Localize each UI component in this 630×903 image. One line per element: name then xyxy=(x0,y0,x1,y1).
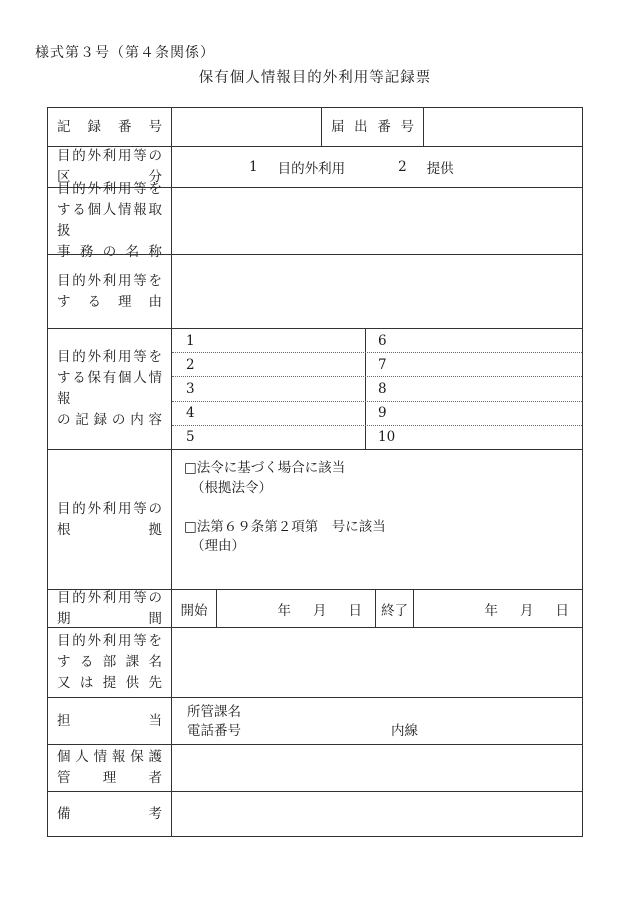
content-item-4: 4 xyxy=(172,402,365,425)
row-department: 目的外利用等を する部課名 又は提供先 xyxy=(48,627,582,697)
basis-option1-note: （根拠法令） xyxy=(184,479,582,499)
row-reason: 目的外利用等を する理由 xyxy=(48,254,582,328)
year-unit: 年 xyxy=(278,599,292,619)
category-option2-number: 2 xyxy=(398,159,407,175)
period-label: 目的外利用等の 期間 xyxy=(48,590,171,627)
manager-value xyxy=(171,745,582,791)
record-content-label: 目的外利用等を する保有個人情報 の記録の内容 xyxy=(48,329,171,449)
basis-option2-note: （理由） xyxy=(184,537,582,557)
row-business-name: 目的外利用等を する個人情報取扱 事務の名称 xyxy=(48,187,582,254)
period-end-date: 年 月 日 xyxy=(413,590,582,627)
month-unit: 月 xyxy=(313,599,327,619)
spacer xyxy=(184,498,582,518)
reason-value xyxy=(171,255,582,328)
record-content-grid: 1 6 2 7 3 8 4 9 5 10 xyxy=(171,329,582,449)
content-item-7: 7 xyxy=(365,353,582,376)
content-subrow: 2 7 xyxy=(172,353,582,377)
content-subrow: 1 6 xyxy=(172,329,582,353)
record-number-value xyxy=(171,108,321,146)
content-item-3: 3 xyxy=(172,377,365,400)
business-name-value xyxy=(171,188,582,254)
checkbox-icon[interactable]: □ xyxy=(184,459,197,479)
row-record-number: 記録番号 届出番号 xyxy=(48,108,582,146)
content-item-6: 6 xyxy=(365,329,582,352)
remarks-value xyxy=(171,792,582,836)
year-unit: 年 xyxy=(485,599,499,619)
staff-extension-label: 内線 xyxy=(391,722,418,741)
content-subrow: 4 9 xyxy=(172,402,582,426)
day-unit: 日 xyxy=(349,599,363,619)
reason-label: 目的外利用等を する理由 xyxy=(48,255,171,328)
record-number-label: 記録番号 xyxy=(48,108,171,146)
staff-label: 担当 xyxy=(48,698,171,744)
basis-label: 目的外利用等の 根拠 xyxy=(48,450,171,589)
row-staff: 担当 所管課名 電話番号 内線 xyxy=(48,697,582,744)
category-option1-text: 目的外利用 xyxy=(278,157,346,177)
content-subrow: 3 8 xyxy=(172,377,582,401)
period-start-label: 開始 xyxy=(171,590,216,627)
row-remarks: 備考 xyxy=(48,791,582,836)
category-option2-text: 提供 xyxy=(427,157,454,177)
row-period: 目的外利用等の 期間 開始 年 月 日 終了 年 月 日 xyxy=(48,589,582,627)
notification-number-value xyxy=(423,108,582,146)
row-basis: 目的外利用等の 根拠 □ 法令に基づく場合に該当 （根拠法令） □ 法第６９条第… xyxy=(48,449,582,589)
day-unit: 日 xyxy=(556,599,570,619)
content-item-5: 5 xyxy=(172,426,365,449)
form-number: 様式第３号（第４条関係） xyxy=(35,42,215,62)
period-start-date: 年 月 日 xyxy=(216,590,375,627)
basis-option2-text: 法第６９条第２項第 号に該当 xyxy=(197,518,386,538)
content-item-1: 1 xyxy=(172,329,365,352)
content-item-10: 10 xyxy=(365,426,582,449)
staff-content: 所管課名 電話番号 内線 xyxy=(171,698,582,744)
content-subrow: 5 10 xyxy=(172,426,582,449)
basis-option1-text: 法令に基づく場合に該当 xyxy=(197,459,346,479)
page-title: 保有個人情報目的外利用等記録票 xyxy=(0,66,630,87)
remarks-label: 備考 xyxy=(48,792,171,836)
content-item-8: 8 xyxy=(365,377,582,400)
manager-label: 個人情報保護 管理者 xyxy=(48,745,171,791)
record-table: 記録番号 届出番号 目的外利用等の 区分 1 目的外利用 2 提供 目的外利用等… xyxy=(47,107,583,837)
department-value xyxy=(171,628,582,697)
content-item-2: 2 xyxy=(172,353,365,376)
staff-phone-label: 電話番号 xyxy=(187,722,241,741)
staff-section-label: 所管課名 xyxy=(187,703,582,722)
row-manager: 個人情報保護 管理者 xyxy=(48,744,582,791)
basis-content: □ 法令に基づく場合に該当 （根拠法令） □ 法第６９条第２項第 号に該当 （理… xyxy=(171,450,582,589)
category-option1-number: 1 xyxy=(249,159,258,175)
content-item-9: 9 xyxy=(365,402,582,425)
month-unit: 月 xyxy=(520,599,534,619)
department-label: 目的外利用等を する部課名 又は提供先 xyxy=(48,628,171,697)
row-record-content: 目的外利用等を する保有個人情報 の記録の内容 1 6 2 7 3 8 4 9 … xyxy=(48,328,582,449)
business-name-label: 目的外利用等を する個人情報取扱 事務の名称 xyxy=(48,188,171,254)
notification-number-label: 届出番号 xyxy=(321,108,423,146)
period-end-label: 終了 xyxy=(375,590,413,627)
checkbox-icon[interactable]: □ xyxy=(184,518,197,538)
category-options: 1 目的外利用 2 提供 xyxy=(171,147,582,187)
